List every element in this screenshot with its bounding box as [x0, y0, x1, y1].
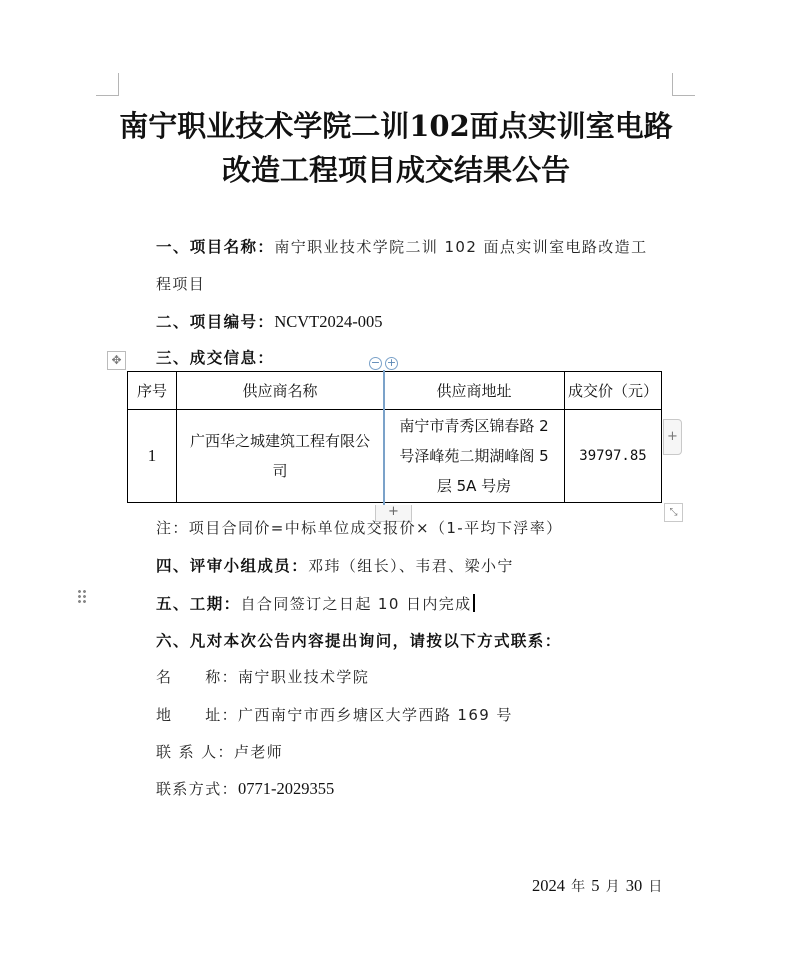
date-year: 2024 [532, 876, 565, 895]
deal-table: 序号 供应商名称 供应商地址 成交价（元） 1 广西华之城建筑工程有限公 司 南… [127, 371, 662, 503]
contact-address-value: 广西南宁市西乡塘区大学西路 169 号 [238, 706, 513, 724]
project-number-label: 二、项目编号： [156, 312, 274, 331]
section-note: 注：项目合同价=中标单位成交报价×（1-平均下浮率） [156, 517, 563, 538]
header-supplier-name[interactable]: 供应商名称 [177, 372, 384, 410]
review-team-label: 四、评审小组成员： [156, 556, 308, 575]
cell-supplier-address[interactable]: 南宁市青秀区锦春路 2 号泽峰苑二期湖峰阁 5 层 5A 号房 [384, 410, 565, 503]
note-text: 注：项目合同价=中标单位成交报价×（1-平均下浮率） [156, 519, 563, 537]
contact-phone-label: 联系方式： [156, 780, 238, 798]
date-month: 5 [591, 876, 599, 895]
header-supplier-address[interactable]: 供应商地址 [384, 372, 565, 410]
duration-value: 自合同签订之日起 10 日内完成 [241, 595, 472, 613]
supplier-name-line-1: 广西华之城建筑工程有限公 [177, 426, 383, 456]
column-selection-indicator[interactable] [383, 370, 385, 505]
address-line-3: 层 5A 号房 [384, 471, 564, 501]
review-team-value: 邓玮（组长）、韦君、梁小宁 [308, 557, 514, 575]
date-day-unit: 日 [648, 879, 662, 895]
section-deal-info: 三、成交信息： [156, 346, 274, 368]
contact-person-label: 联 系 人： [156, 743, 234, 761]
date-month-unit: 月 [606, 879, 620, 895]
contact-name-label: 名 称： [156, 668, 238, 686]
page-corner-mark-top-right [672, 73, 695, 96]
project-name-value-cont: 程项目 [156, 275, 205, 293]
contact-address-label: 地 址： [156, 706, 238, 724]
document-title-line-2: 改造工程项目成交结果公告 [0, 148, 792, 189]
contact-name-value: 南宁职业技术学院 [238, 668, 369, 686]
cell-supplier-name[interactable]: 广西华之城建筑工程有限公 司 [177, 410, 384, 503]
contact-person-row: 联 系 人：卢老师 [156, 741, 283, 762]
paragraph-drag-handle-icon[interactable] [77, 589, 87, 605]
section-project-name-cont: 程项目 [156, 273, 205, 294]
contact-phone-value: 0771-2029355 [238, 779, 334, 798]
header-index[interactable]: 序号 [128, 372, 177, 410]
contact-phone-row: 联系方式：0771-2029355 [156, 778, 334, 799]
table-header-row: 序号 供应商名称 供应商地址 成交价（元） [128, 372, 662, 410]
deal-info-label: 三、成交信息： [156, 348, 274, 367]
cell-price[interactable]: 39797.85 [565, 410, 662, 503]
inquiry-label: 六、凡对本次公告内容提出询问，请按以下方式联系： [156, 631, 562, 650]
section-review-team: 四、评审小组成员：邓玮（组长）、韦君、梁小宁 [156, 554, 514, 576]
address-line-2: 号泽峰苑二期湖峰阁 5 [384, 441, 564, 471]
date-year-unit: 年 [571, 879, 585, 895]
section-project-number: 二、项目编号：NCVT2024-005 [156, 310, 382, 332]
project-name-label: 一、项目名称： [156, 237, 274, 256]
duration-label: 五、工期： [156, 594, 241, 613]
remove-column-icon[interactable]: − [369, 357, 382, 370]
table-move-handle-icon[interactable]: ✥ [107, 351, 126, 370]
cell-index[interactable]: 1 [128, 410, 177, 503]
contact-person-value: 卢老师 [234, 743, 283, 761]
section-duration: 五、工期：自合同签订之日起 10 日内完成 [156, 592, 475, 614]
project-number-value: NCVT2024-005 [274, 312, 382, 331]
supplier-name-line-2: 司 [177, 456, 383, 486]
table-row: 1 广西华之城建筑工程有限公 司 南宁市青秀区锦春路 2 号泽峰苑二期湖峰阁 5… [128, 410, 662, 503]
section-inquiry: 六、凡对本次公告内容提出询问，请按以下方式联系： [156, 629, 562, 651]
table-resize-icon[interactable]: ⤡ [664, 503, 683, 522]
date-day: 30 [626, 876, 643, 895]
header-price[interactable]: 成交价（元） [565, 372, 662, 410]
contact-address-row: 地 址：广西南宁市西乡塘区大学西路 169 号 [156, 704, 513, 725]
insert-column-icon[interactable]: + [385, 357, 398, 370]
add-column-button[interactable]: + [663, 419, 682, 455]
text-cursor [473, 594, 475, 612]
section-project-name: 一、项目名称：南宁职业技术学院二训 102 面点实训室电路改造工 [156, 235, 647, 257]
page-corner-mark-top-left [96, 73, 119, 96]
document-title-line-1: 南宁职业技术学院二训102面点实训室电路 [0, 104, 792, 145]
project-name-value: 南宁职业技术学院二训 102 面点实训室电路改造工 [274, 238, 647, 256]
contact-name-row: 名 称：南宁职业技术学院 [156, 666, 369, 687]
address-line-1: 南宁市青秀区锦春路 2 [384, 411, 564, 441]
announcement-date: 2024 年 5 月 30 日 [532, 876, 662, 896]
